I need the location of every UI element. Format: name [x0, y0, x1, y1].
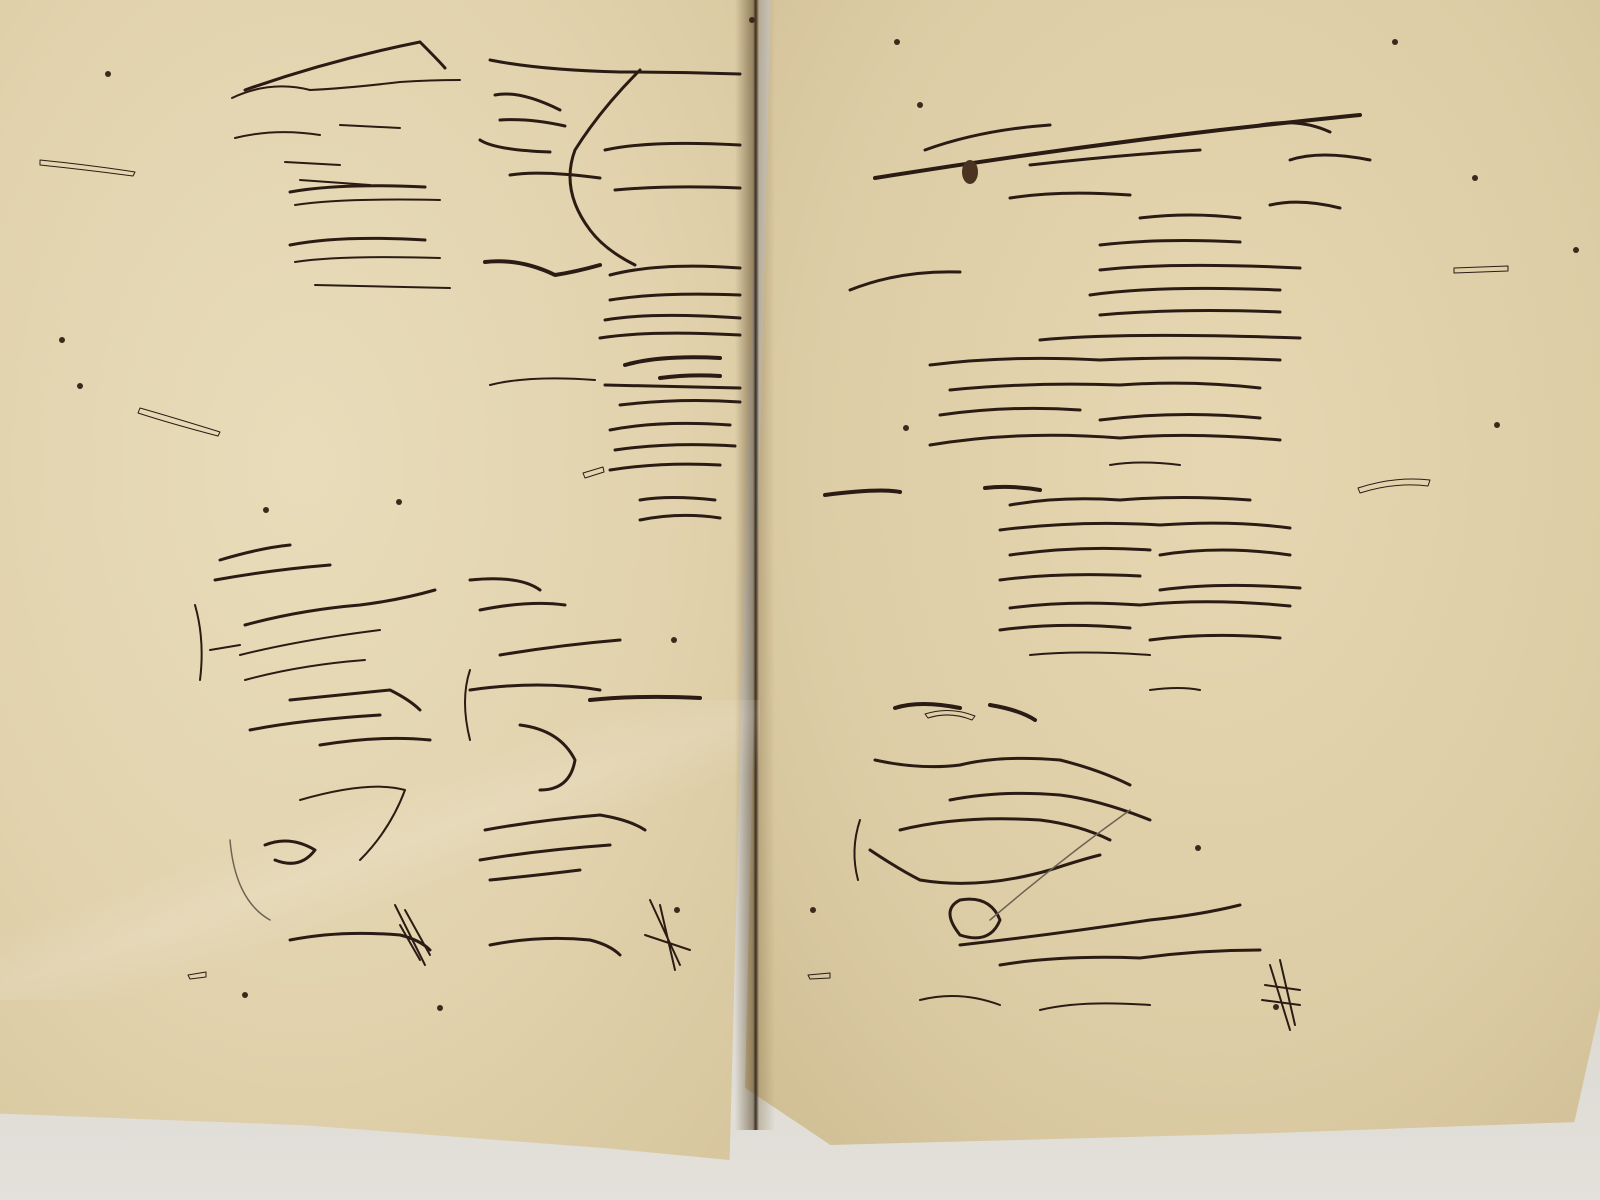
right-signature-block	[854, 758, 1300, 1030]
left-upper-entries	[232, 42, 740, 520]
left-lower-entries	[195, 545, 700, 970]
right-header-entry	[875, 115, 1370, 198]
manuscript-photo: Open handwritten manuscript ledger, two …	[0, 0, 1600, 1200]
ink-blots	[40, 160, 1508, 979]
right-middle-entries	[825, 202, 1340, 720]
handwriting-layer	[0, 0, 1600, 1200]
